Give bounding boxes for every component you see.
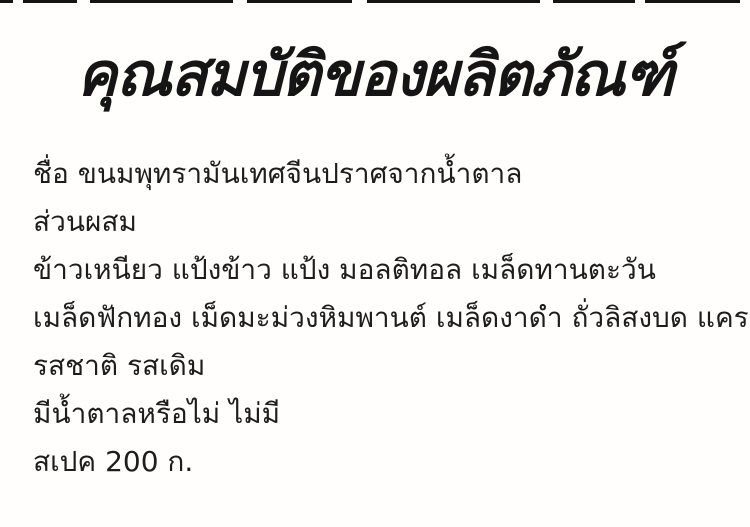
- ingredients-line-2: เมล็ดฟักทอง เม็ดมะม่วงหิมพานต์ เมล็ดงาดำ…: [33, 294, 740, 342]
- strip-segment: [90, 0, 233, 3]
- cropped-text-strip: [0, 0, 750, 3]
- strip-segment: [23, 0, 77, 3]
- sugar-content-line: มีน้ำตาลหรือไม่ ไม่มี: [33, 390, 740, 438]
- strip-segment: [645, 0, 740, 3]
- ingredients-line-1: ข้าวเหนียว แป้งข้าว แป้ง มอลติทอล เมล็ดท…: [33, 246, 740, 294]
- flavor-line: รสชาติ รสเดิม: [33, 342, 740, 390]
- product-name-line: ชื่อ ขนมพุทรามันเทศจีนปราศจากน้ำตาล: [33, 150, 740, 198]
- strip-segment: [247, 0, 352, 3]
- strip-segment: [553, 0, 635, 3]
- strip-segment: [0, 0, 13, 3]
- ingredients-header-line: ส่วนผสม: [33, 198, 740, 246]
- spec-line: สเปค 200 ก.: [33, 438, 740, 486]
- product-details: ชื่อ ขนมพุทรามันเทศจีนปราศจากน้ำตาล ส่วน…: [33, 150, 740, 486]
- strip-segment: [367, 0, 540, 3]
- page-title: คุณสมบัติของผลิตภัณฑ์: [0, 30, 750, 120]
- product-description-page: คุณสมบัติของผลิตภัณฑ์ ชื่อ ขนมพุทรามันเท…: [0, 0, 750, 527]
